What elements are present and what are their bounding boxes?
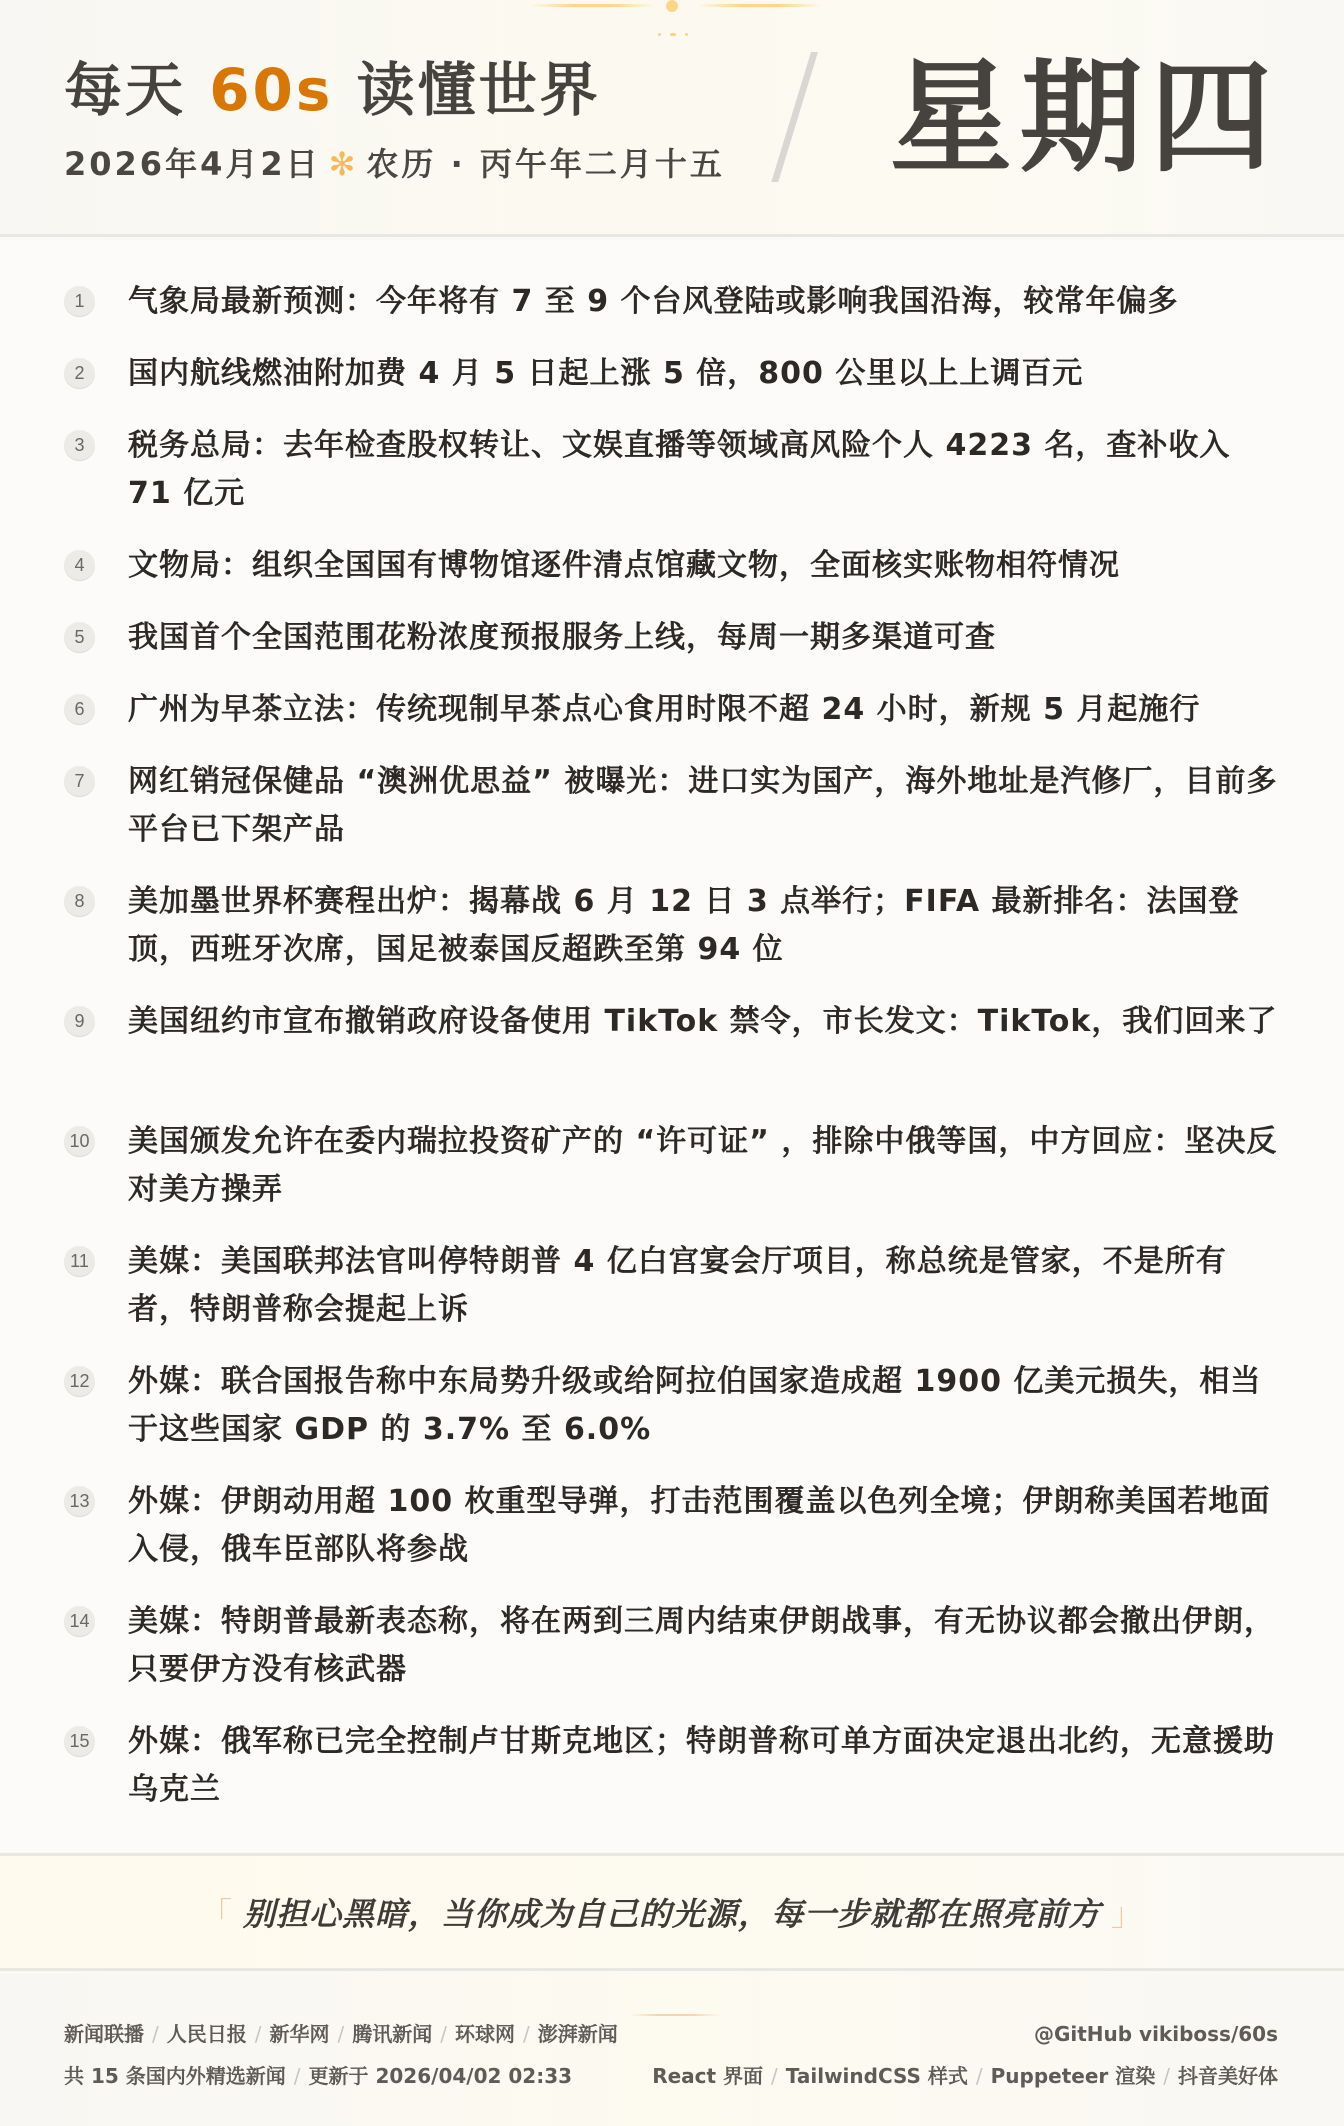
news-text: 广州为早茶立法：传统现制早茶点心食用时限不超 24 小时，新规 5 月起施行 xyxy=(128,686,1284,734)
news-item: 3税务总局：去年检查股权转让、文娱直播等领域高风险个人 4223 名，查补收入 … xyxy=(64,422,1284,518)
separator: / xyxy=(152,2022,159,2046)
title-suffix: 读懂世界 xyxy=(333,56,600,124)
ornament-line-right xyxy=(697,4,822,7)
slash-divider xyxy=(771,52,818,182)
footer: 新闻联播/人民日报/新华网/腾讯新闻/环球网/澎湃新闻 共 15 条国内外精选新… xyxy=(0,1974,1344,2126)
separator: / xyxy=(338,2022,345,2046)
news-section: 1气象局最新预测：今年将有 7 至 9 个台风登陆或影响我国沿海，较常年偏多 2… xyxy=(0,240,1344,1852)
gregorian-date: 2026年4月2日 xyxy=(64,145,321,183)
news-text: 气象局最新预测：今年将有 7 至 9 个台风登陆或影响我国沿海，较常年偏多 xyxy=(128,278,1284,326)
number-badge: 9 xyxy=(64,1006,95,1037)
source-item: 澎湃新闻 xyxy=(538,2022,618,2046)
source-item: 人民日报 xyxy=(167,2022,247,2046)
footer-ornament-line xyxy=(630,2014,720,2016)
news-text: 美国颁发允许在委内瑞拉投资矿产的 “许可证” ，排除中俄等国，中方回应：坚决反对… xyxy=(128,1118,1284,1214)
news-item: 8美加墨世界杯赛程出炉：揭幕战 6 月 12 日 3 点举行；FIFA 最新排名… xyxy=(64,878,1284,974)
tech-item: TailwindCSS 样式 xyxy=(786,2064,968,2088)
updated-time: 更新于 2026/04/02 02:33 xyxy=(309,2064,573,2088)
title-accent: 60s xyxy=(209,56,333,124)
news-text: 美加墨世界杯赛程出炉：揭幕战 6 月 12 日 3 点举行；FIFA 最新排名：… xyxy=(128,878,1284,974)
news-text: 文物局：组织全国国有博物馆逐件清点馆藏文物，全面核实账物相符情况 xyxy=(128,542,1284,590)
news-item: 13外媒：伊朗动用超 100 枚重型导弹，打击范围覆盖以色列全境；伊朗称美国若地… xyxy=(64,1478,1284,1574)
separator: / xyxy=(976,2064,983,2088)
news-item: 10美国颁发允许在委内瑞拉投资矿产的 “许可证” ，排除中俄等国，中方回应：坚决… xyxy=(64,1118,1284,1214)
ornament-small-dots xyxy=(658,32,688,36)
news-item: 9美国纽约市宣布撤销政府设备使用 TikTok 禁令，市长发文：TikTok，我… xyxy=(64,998,1284,1046)
news-item: 5我国首个全国范围花粉浓度预报服务上线，每周一期多渠道可查 xyxy=(64,614,1284,662)
ornament-line-left xyxy=(530,4,655,7)
number-badge: 7 xyxy=(64,766,95,797)
news-count: 共 15 条国内外精选新闻 xyxy=(64,2064,286,2088)
tech-item: 抖音美好体 xyxy=(1178,2064,1278,2088)
news-item: 15外媒：俄军称已完全控制卢甘斯克地区；特朗普称可单方面决定退出北约，无意援助乌… xyxy=(64,1718,1284,1814)
separator: / xyxy=(294,2064,301,2088)
news-item: 2国内航线燃油附加费 4 月 5 日起上涨 5 倍，800 公里以上上调百元 xyxy=(64,350,1284,398)
news-text: 国内航线燃油附加费 4 月 5 日起上涨 5 倍，800 公里以上上调百元 xyxy=(128,350,1284,398)
news-text: 外媒：伊朗动用超 100 枚重型导弹，打击范围覆盖以色列全境；伊朗称美国若地面入… xyxy=(128,1478,1284,1574)
number-badge: 11 xyxy=(64,1246,95,1277)
ornament-dot-icon xyxy=(666,0,678,12)
header: 每天 60s 读懂世界 2026年4月2日✻农历 · 丙午年二月十五 星期四 xyxy=(0,0,1344,237)
separator: / xyxy=(523,2022,530,2046)
news-item: 11美媒：美国联邦法官叫停特朗普 4 亿白宫宴会厅项目，称总统是管家，不是所有者… xyxy=(64,1238,1284,1334)
news-item: 7网红销冠保健品 “澳洲优思益” 被曝光：进口实为国产，海外地址是汽修厂，目前多… xyxy=(64,758,1284,854)
news-item: 1气象局最新预测：今年将有 7 至 9 个台风登陆或影响我国沿海，较常年偏多 xyxy=(64,278,1284,326)
news-text: 美媒：特朗普最新表态称，将在两到三周内结束伊朗战事，有无协议都会撤出伊朗，只要伊… xyxy=(128,1598,1284,1694)
number-badge: 12 xyxy=(64,1366,95,1397)
tech-item: React 界面 xyxy=(652,2064,763,2088)
news-meta: 共 15 条国内外精选新闻/更新于 2026/04/02 02:33 xyxy=(64,2063,572,2089)
news-text: 税务总局：去年检查股权转让、文娱直播等领域高风险个人 4223 名，查补收入 7… xyxy=(128,422,1284,518)
number-badge: 15 xyxy=(64,1726,95,1757)
number-badge: 1 xyxy=(64,286,95,317)
news-text: 我国首个全国范围花粉浓度预报服务上线，每周一期多渠道可查 xyxy=(128,614,1284,662)
source-item: 新闻联播 xyxy=(64,2022,144,2046)
daily-quote: 「别担心黑暗，当你成为自己的光源，每一步就都在照亮前方」 xyxy=(0,1853,1344,1971)
separator: / xyxy=(255,2022,262,2046)
source-list: 新闻联播/人民日报/新华网/腾讯新闻/环球网/澎湃新闻 xyxy=(64,2021,618,2047)
quote-line: 「别担心黑暗，当你成为自己的光源，每一步就都在照亮前方」 xyxy=(190,1889,1154,1935)
github-link[interactable]: @GitHub vikiboss/60s xyxy=(1034,2022,1278,2046)
news-text: 外媒：俄军称已完全控制卢甘斯克地区；特朗普称可单方面决定退出北约，无意援助乌克兰 xyxy=(128,1718,1284,1814)
separator: / xyxy=(1163,2064,1170,2088)
lunar-date: 农历 · 丙午年二月十五 xyxy=(366,145,724,183)
number-badge: 5 xyxy=(64,622,95,653)
number-badge: 4 xyxy=(64,550,95,581)
news-text: 网红销冠保健品 “澳洲优思益” 被曝光：进口实为国产，海外地址是汽修厂，目前多平… xyxy=(128,758,1284,854)
news-item: 12外媒：联合国报告称中东局势升级或给阿拉伯国家造成超 1900 亿美元损失，相… xyxy=(64,1358,1284,1454)
top-ornament xyxy=(530,0,810,40)
number-badge: 8 xyxy=(64,886,95,917)
number-badge: 6 xyxy=(64,694,95,725)
quote-text: 别担心黑暗，当你成为自己的光源，每一步就都在照亮前方 xyxy=(243,1895,1101,1933)
source-item: 新华网 xyxy=(270,2022,330,2046)
news-text: 外媒：联合国报告称中东局势升级或给阿拉伯国家造成超 1900 亿美元损失，相当于… xyxy=(128,1358,1284,1454)
github-credit: @GitHub vikiboss/60s xyxy=(1034,2021,1278,2047)
number-badge: 14 xyxy=(64,1606,95,1637)
news-item: 4文物局：组织全国国有博物馆逐件清点馆藏文物，全面核实账物相符情况 xyxy=(64,542,1284,590)
quote-open-bracket-icon: 「 xyxy=(200,1895,233,1933)
weekday: 星期四 xyxy=(890,48,1280,188)
news-item: 6广州为早茶立法：传统现制早茶点心食用时限不超 24 小时，新规 5 月起施行 xyxy=(64,686,1284,734)
asterisk-icon: ✻ xyxy=(329,145,359,183)
date-line: 2026年4月2日✻农历 · 丙午年二月十五 xyxy=(64,144,725,184)
source-item: 腾讯新闻 xyxy=(352,2022,432,2046)
tech-item: Puppeteer 渲染 xyxy=(991,2064,1156,2088)
number-badge: 2 xyxy=(64,358,95,389)
number-badge: 3 xyxy=(64,430,95,461)
number-badge: 13 xyxy=(64,1486,95,1517)
title-prefix: 每天 xyxy=(64,56,209,124)
news-text: 美媒：美国联邦法官叫停特朗普 4 亿白宫宴会厅项目，称总统是管家，不是所有者，特… xyxy=(128,1238,1284,1334)
daily-news-card: 每天 60s 读懂世界 2026年4月2日✻农历 · 丙午年二月十五 星期四 1… xyxy=(0,0,1344,2126)
number-badge: 10 xyxy=(64,1126,95,1157)
quote-close-bracket-icon: 」 xyxy=(1111,1895,1144,1933)
news-text: 美国纽约市宣布撤销政府设备使用 TikTok 禁令，市长发文：TikTok，我们… xyxy=(128,998,1284,1046)
tech-credits: React 界面/TailwindCSS 样式/Puppeteer 渲染/抖音美… xyxy=(652,2063,1278,2089)
news-item: 14美媒：特朗普最新表态称，将在两到三周内结束伊朗战事，有无协议都会撤出伊朗，只… xyxy=(64,1598,1284,1694)
separator: / xyxy=(440,2022,447,2046)
source-item: 环球网 xyxy=(455,2022,515,2046)
separator: / xyxy=(771,2064,778,2088)
page-title: 每天 60s 读懂世界 xyxy=(64,56,601,124)
